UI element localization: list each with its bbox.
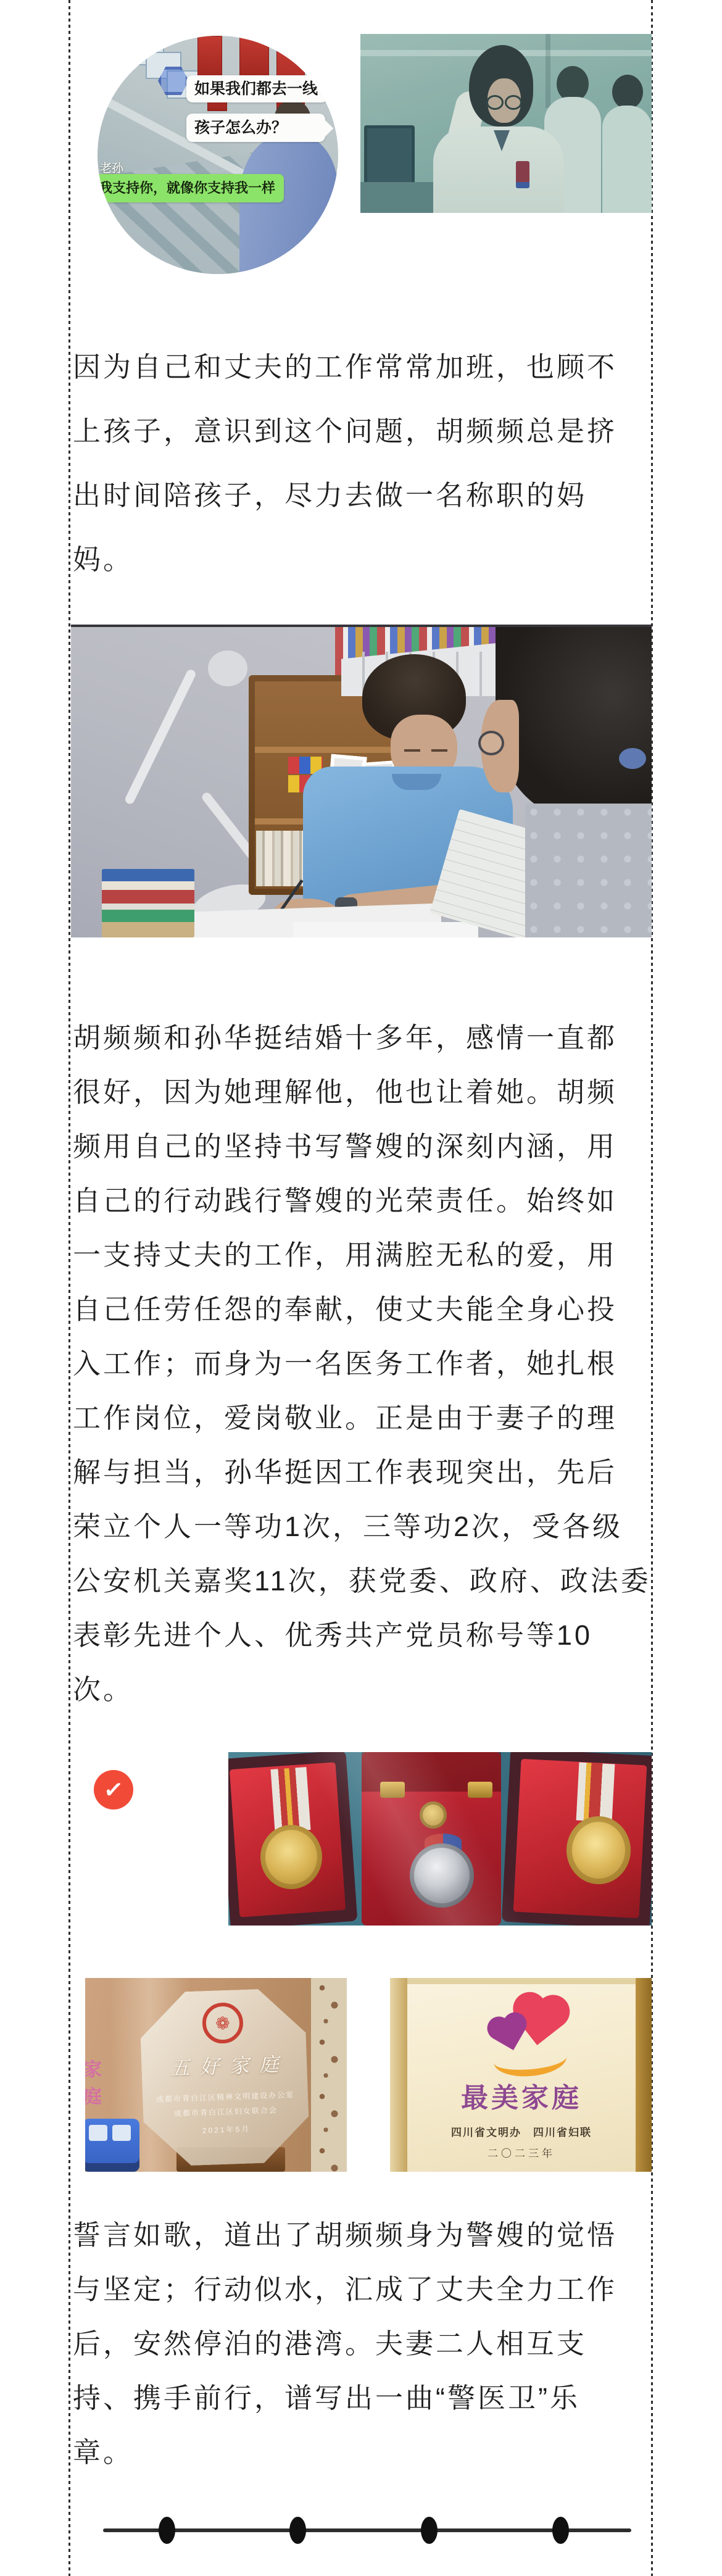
- certificate-title: 最美家庭: [407, 2075, 636, 2115]
- chat-sender-label: 老孙: [100, 159, 123, 176]
- page-border-left: [68, 0, 70, 2576]
- truck-window-shape: [89, 2125, 107, 2141]
- article-page: 如果我们都去一线 孩子怎么办？ 老孙 我支持你，就像你支持我一样 因为自己和丈夫…: [0, 0, 722, 2576]
- divider-dot: [289, 2517, 306, 2544]
- hairband-shape: [619, 748, 646, 769]
- divider-dot: [421, 2517, 438, 2544]
- chat-bubble-question-2: 孩子怎么办？: [186, 114, 325, 142]
- chat-bubble-reply: 我支持你，就像你支持我一样: [98, 174, 284, 202]
- paragraph-3: 誓言如歌，道出了胡频频身为警嫂的觉悟 与坚定；行动似水，汇成了丈夫全力工作 后，…: [73, 2208, 657, 2480]
- toy-truck-shape: [85, 2119, 139, 2172]
- chat-bubble-question-1: 如果我们都去一线: [186, 75, 328, 102]
- lamp-arm-shape: [124, 668, 197, 805]
- chat-bubble-text: 如果我们都去一线: [194, 80, 318, 98]
- paper-sheet-shape: [293, 922, 478, 937]
- certificate-year: 二〇二三年: [407, 2145, 636, 2160]
- lab-worker-photo[interactable]: [360, 34, 652, 213]
- plaque-org-line-1: 成都市青白江区精神文明建设办公室: [156, 2089, 294, 2104]
- chat-screenshot-circle-photo[interactable]: 如果我们都去一线 孩子怎么办？ 老孙 我支持你，就像你支持我一样: [98, 36, 338, 274]
- light-shine-overlay: [228, 1752, 652, 1926]
- frame-top-shape: [407, 1978, 636, 1984]
- paragraph-2: 胡频频和孙华挺结婚十多年，感情一直都 很好，因为她理解他，他也让着她。胡频 频用…: [73, 1011, 657, 1717]
- frame-left-shape: [390, 1978, 407, 2172]
- truck-window-shape: [112, 2125, 131, 2141]
- frame-right-shape: [636, 1978, 652, 2172]
- certificate-photo[interactable]: 最美家庭 四川省文明办 四川省妇联 二〇二三年: [390, 1978, 652, 2172]
- side-pink-text: 家庭: [85, 2059, 104, 2114]
- certificate-inner: 最美家庭 四川省文明办 四川省妇联 二〇二三年: [407, 1984, 636, 2172]
- boy-eyebrow-shape: [431, 749, 447, 752]
- divider-dot: [159, 2517, 175, 2544]
- chat-bubble-text: 孩子怎么办？: [194, 119, 287, 136]
- plaque-org-line-2: 成都市青白江区妇女联合会: [174, 2104, 278, 2119]
- check-badge: ✓: [94, 1770, 133, 1809]
- carved-pillar-shape: [311, 1978, 347, 2172]
- orange-swoosh-shape: [492, 2040, 568, 2079]
- mother-child-study-photo[interactable]: [71, 625, 652, 937]
- logo-flower-icon: ❁: [215, 2013, 231, 2034]
- lamp-pivot-shape: [208, 650, 247, 686]
- plaque-title: 五好家庭: [160, 2048, 289, 2081]
- teal-tint-overlay: [360, 34, 652, 213]
- check-icon: ✓: [102, 1775, 125, 1805]
- boy-eyebrow-shape: [404, 749, 420, 752]
- certificate-orgs: 四川省文明办 四川省妇联: [407, 2124, 636, 2139]
- bubble-tail-shape: [316, 120, 333, 137]
- person-body-shape: [239, 135, 338, 274]
- divider-dot: [552, 2517, 569, 2544]
- paragraph-1: 因为自己和丈夫的工作常常加班，也顾不 上孩子，意识到这个问题，胡频频总是挤 出时…: [73, 335, 657, 592]
- mother-sweater-shape: [525, 804, 652, 937]
- crystal-plaque-photo[interactable]: 家庭 ❁ 五好家庭 成都市青白江区精神文明建设办公室 成都市青白江区妇女联合会 …: [85, 1978, 347, 2172]
- womens-federation-logo: ❁: [202, 2002, 244, 2044]
- plaque-date: 2021年5月: [202, 2124, 251, 2136]
- crystal-octagon-plaque: ❁ 五好家庭 成都市青白江区精神文明建设办公室 成都市青白江区妇女联合会 202…: [139, 1987, 310, 2167]
- book-stack-shape: [102, 869, 194, 937]
- medals-photo[interactable]: [228, 1752, 652, 1926]
- chat-reply-text: 我支持你，就像你支持我一样: [99, 180, 275, 196]
- glasses-icon: [478, 731, 504, 755]
